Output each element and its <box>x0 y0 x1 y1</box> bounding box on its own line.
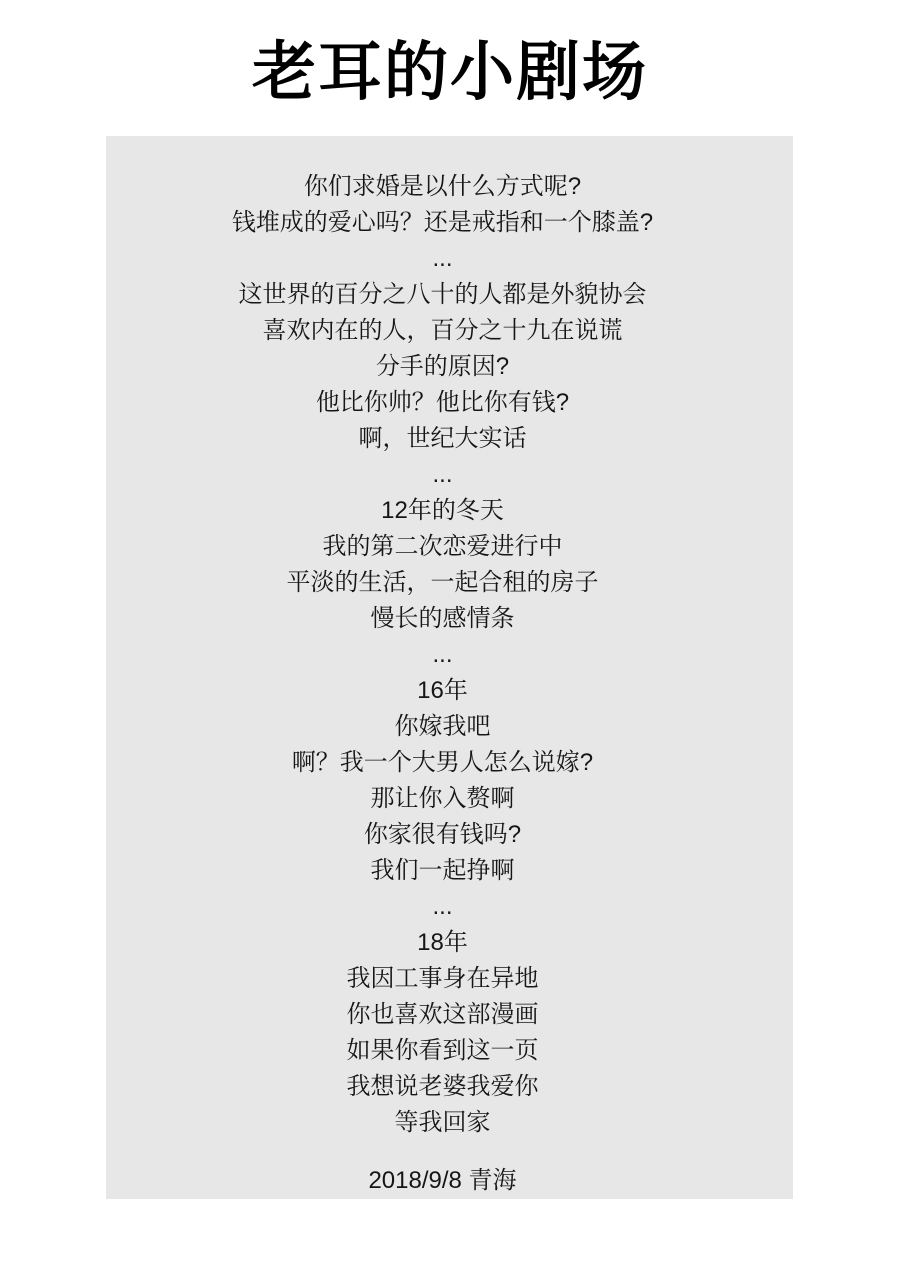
text-line: 钱堆成的爱心吗？还是戒指和一个膝盖? <box>110 205 775 241</box>
text-line: 你嫁我吧 <box>110 709 775 745</box>
text-line: 啊？我一个大男人怎么说嫁? <box>110 745 775 781</box>
text-line: 18年 <box>110 925 775 961</box>
page-title: 老耳的小剧场 <box>0 32 900 112</box>
ellipsis-line: ... <box>110 889 775 925</box>
text-line: 平淡的生活，一起合租的房子 <box>110 565 775 601</box>
text-line: 16年 <box>110 673 775 709</box>
text-line: 这世界的百分之八十的人都是外貌协会 <box>110 277 775 313</box>
text-line: 我们一起挣啊 <box>110 853 775 889</box>
text-line: 慢长的感情条 <box>110 601 775 637</box>
date-line: 2018/9/8 青海 <box>110 1163 775 1199</box>
text-line: 喜欢内在的人，百分之十九在说谎 <box>110 313 775 349</box>
text-line: 那让你入赘啊 <box>110 781 775 817</box>
content-panel: 你们求婚是以什么方式呢?钱堆成的爱心吗？还是戒指和一个膝盖?...这世界的百分之… <box>106 136 793 1199</box>
text-line: 你家很有钱吗? <box>110 817 775 853</box>
text-line: 我因工事身在异地 <box>110 961 775 997</box>
text-line: 12年的冬天 <box>110 493 775 529</box>
ellipsis-line: ... <box>110 241 775 277</box>
text-line: 分手的原因? <box>110 349 775 385</box>
ellipsis-line: ... <box>110 637 775 673</box>
text-line: 如果你看到这一页 <box>110 1033 775 1069</box>
text-line: 你也喜欢这部漫画 <box>110 997 775 1033</box>
text-line: 我的第二次恋爱进行中 <box>110 529 775 565</box>
text-line: 我想说老婆我爱你 <box>110 1069 775 1105</box>
script-lines: 你们求婚是以什么方式呢?钱堆成的爱心吗？还是戒指和一个膝盖?...这世界的百分之… <box>110 169 775 1141</box>
text-line: 啊，世纪大实话 <box>110 421 775 457</box>
ellipsis-line: ... <box>110 457 775 493</box>
text-line: 他比你帅？他比你有钱? <box>110 385 775 421</box>
text-line: 你们求婚是以什么方式呢? <box>110 169 775 205</box>
text-line: 等我回家 <box>110 1105 775 1141</box>
